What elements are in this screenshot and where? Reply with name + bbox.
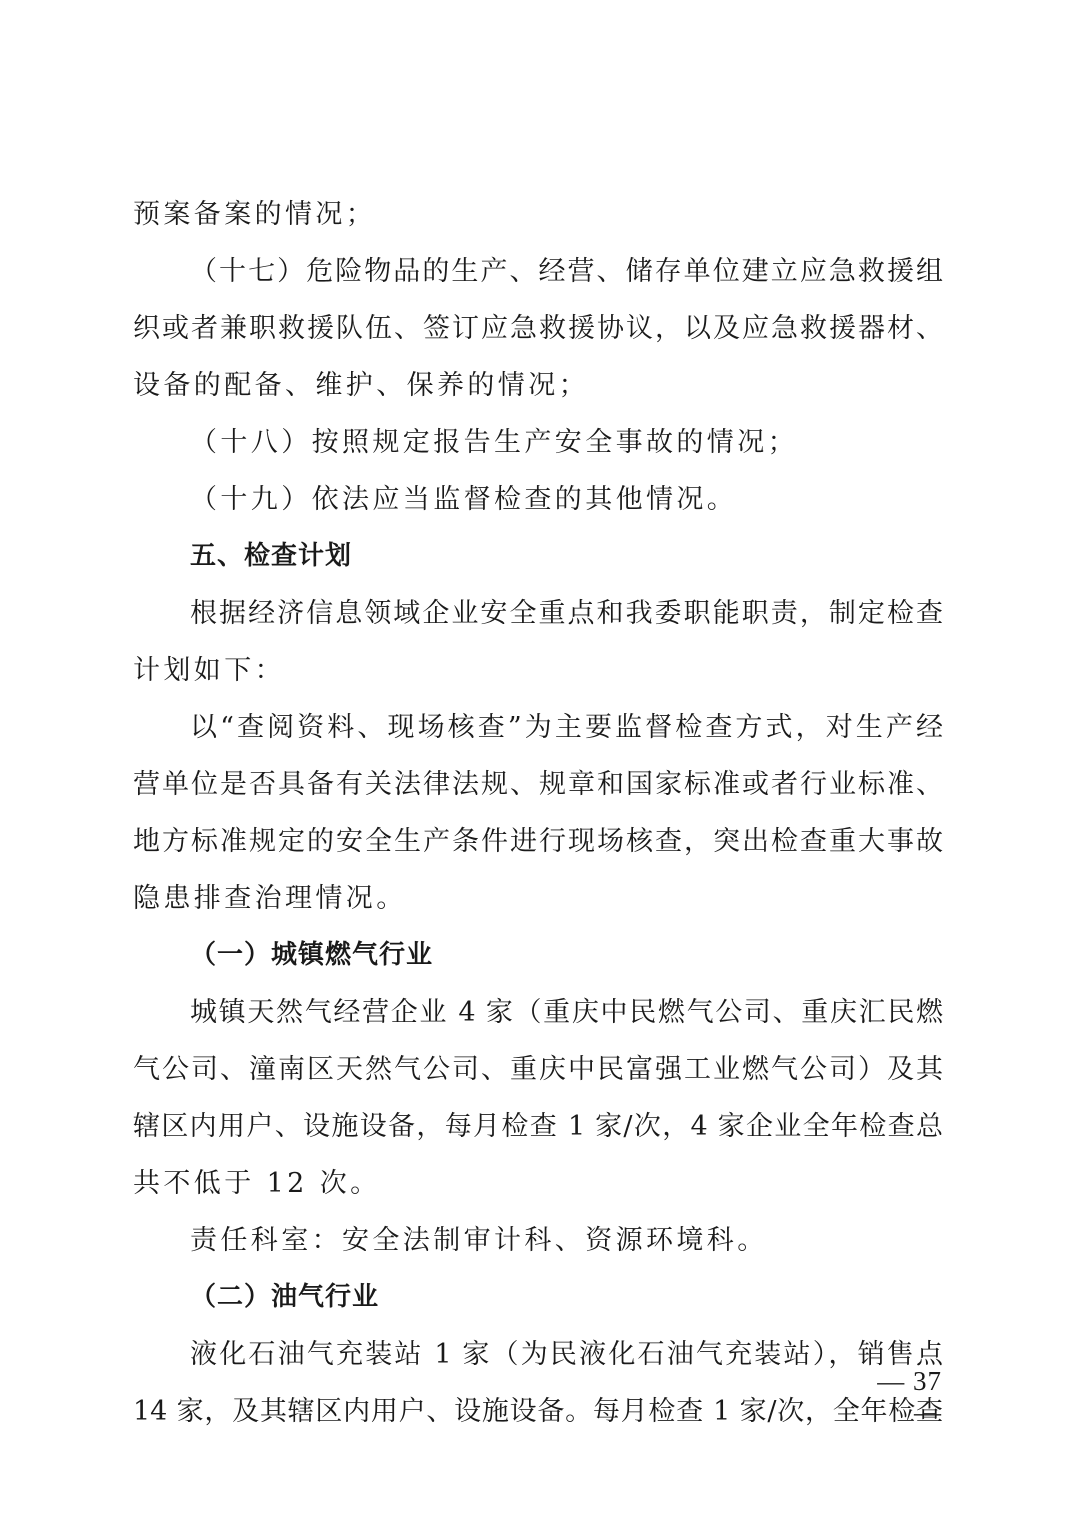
paragraph-line: （十九）依法应当监督检查的其他情况。	[133, 471, 943, 528]
paragraph-line: 根据经济信息领域企业安全重点和我委职能职责，制定检查	[133, 585, 943, 642]
page-number: — 37 —	[842, 1366, 942, 1428]
paragraph-line: 织或者兼职救援队伍、签订应急救援协议，以及应急救援器材、	[133, 300, 943, 357]
paragraph-line: 城镇天然气经营企业 4 家（重庆中民燃气公司、重庆汇民燃	[133, 984, 943, 1041]
paragraph-line: 隐患排查治理情况。	[133, 870, 943, 927]
paragraph-line: 营单位是否具备有关法律法规、规章和国家标准或者行业标准、	[133, 756, 943, 813]
paragraph-line: 14 家，及其辖区内用户、设施设备。每月检查 1 家/次，全年检查	[133, 1383, 943, 1440]
paragraph-line: 以“查阅资料、现场核查”为主要监督检查方式，对生产经	[133, 699, 943, 756]
paragraph-line: 计划如下：	[133, 642, 943, 699]
paragraph-line: （十八）按照规定报告生产安全事故的情况；	[133, 414, 943, 471]
paragraph-line: 预案备案的情况；	[133, 186, 943, 243]
document-body: 预案备案的情况； （十七）危险物品的生产、经营、储存单位建立应急救援组 织或者兼…	[133, 186, 943, 1440]
paragraph-line: 辖区内用户、设施设备，每月检查 1 家/次，4 家企业全年检查总	[133, 1098, 943, 1155]
paragraph-line: 共不低于 12 次。	[133, 1155, 943, 1212]
paragraph-line: 气公司、潼南区天然气公司、重庆中民富强工业燃气公司）及其	[133, 1041, 943, 1098]
subsection-heading-oil-gas: （二）油气行业	[133, 1269, 943, 1326]
paragraph-line: 设备的配备、维护、保养的情况；	[133, 357, 943, 414]
section-heading-inspection-plan: 五、检查计划	[133, 528, 943, 585]
paragraph-line: 地方标准规定的安全生产条件进行现场核查，突出检查重大事故	[133, 813, 943, 870]
paragraph-line: 液化石油气充装站 1 家（为民液化石油气充装站），销售点	[133, 1326, 943, 1383]
paragraph-line: 责任科室：安全法制审计科、资源环境科。	[133, 1212, 943, 1269]
subsection-heading-urban-gas: （一）城镇燃气行业	[133, 927, 943, 984]
paragraph-line: （十七）危险物品的生产、经营、储存单位建立应急救援组	[133, 243, 943, 300]
